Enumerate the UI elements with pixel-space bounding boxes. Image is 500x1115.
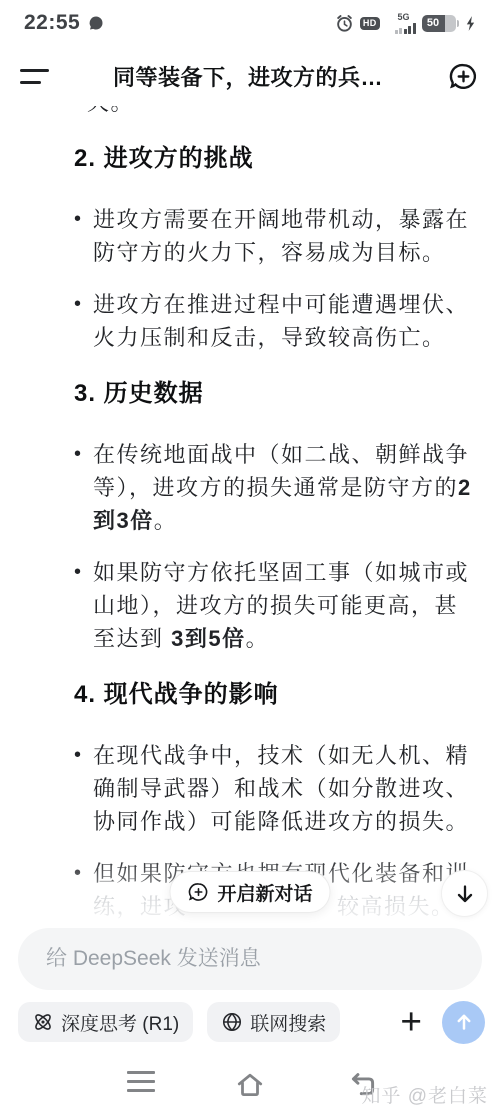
- chat-message-content: 天。 2. 进攻方的挑战•进攻方需要在开阔地带机动，暴露在防守方的火力下，容易成…: [0, 106, 500, 925]
- android-nav-bar: 知乎 @老白菜: [0, 1057, 500, 1115]
- attach-plus-button[interactable]: +: [400, 1002, 422, 1042]
- bullet-dot: •: [74, 739, 93, 838]
- arrow-up-icon: [452, 1010, 476, 1034]
- bullet-text: 在现代战争中，技术（如无人机、精确制导武器）和战术（如分散进攻、协同作战）可能降…: [93, 739, 478, 838]
- composer-toolbar: 深度思考 (R1) 联网搜索 +: [18, 1001, 485, 1043]
- deepseek-mobile-app: 22:55 HD 5G 50: [0, 0, 500, 1115]
- scroll-to-bottom-button[interactable]: [441, 870, 488, 917]
- new-chat-bubble-plus-icon: [448, 61, 479, 92]
- conversation-title: 同等装备下，进攻方的兵…: [50, 61, 446, 92]
- new-chat-button[interactable]: [446, 59, 480, 93]
- bullet-dot: •: [74, 438, 93, 537]
- atom-icon: [32, 1011, 54, 1033]
- bullet-item: •在现代战争中，技术（如无人机、精确制导武器）和战术（如分散进攻、协同作战）可能…: [74, 739, 478, 838]
- send-button[interactable]: [442, 1001, 485, 1044]
- nav-recents-button[interactable]: [127, 1071, 155, 1092]
- clipped-text-line: 天。: [87, 106, 478, 119]
- section-heading: 4. 现代战争的影响: [74, 680, 478, 710]
- zhihu-watermark: 知乎 @老白菜: [361, 1081, 488, 1108]
- arrow-down-icon: [453, 882, 477, 906]
- bullet-text: 在传统地面战中（如二战、朝鲜战争等），进攻方的损失通常是防守方的2到3倍。: [93, 438, 478, 537]
- bullet-dot: •: [74, 857, 93, 923]
- bullet-text: 进攻方需要在开阔地带机动，暴露在防守方的火力下，容易成为目标。: [93, 203, 478, 269]
- app-header: 同等装备下，进攻方的兵…: [0, 46, 500, 106]
- status-bar: 22:55 HD 5G 50: [0, 0, 500, 46]
- bullet-item: •进攻方在推进过程中可能遭遇埋伏、火力压制和反击，导致较高伤亡。: [74, 288, 478, 354]
- bullet-item: •在传统地面战中（如二战、朝鲜战争等），进攻方的损失通常是防守方的2到3倍。: [74, 438, 478, 537]
- start-new-chat-pill-button[interactable]: 开启新对话: [169, 871, 330, 913]
- markdown-sections: 2. 进攻方的挑战•进攻方需要在开阔地带机动，暴露在防守方的火力下，容易成为目标…: [74, 144, 478, 838]
- status-left: 22:55: [24, 11, 104, 35]
- section-heading: 2. 进攻方的挑战: [74, 144, 478, 174]
- clock-time: 22:55: [24, 11, 80, 35]
- message-bubble-icon: [88, 15, 104, 31]
- bullet-text: 如果防守方依托坚固工事（如城市或山地），进攻方的损失可能更高，甚至达到 3到5倍…: [93, 556, 478, 655]
- web-search-toggle[interactable]: 联网搜索: [207, 1002, 340, 1042]
- bullet-dot: •: [74, 203, 93, 269]
- battery-percent: 50: [422, 15, 445, 32]
- message-input[interactable]: [18, 928, 482, 990]
- bullet-text: 进攻方在推进过程中可能遭遇埋伏、火力压制和反击，导致较高伤亡。: [93, 288, 478, 354]
- status-right: HD 5G 50: [335, 13, 476, 34]
- nav-home-button[interactable]: [235, 1071, 265, 1099]
- bullet-item: •如果防守方依托坚固工事（如城市或山地），进攻方的损失可能更高，甚至达到 3到5…: [74, 556, 478, 655]
- bullet-dot: •: [74, 556, 93, 655]
- globe-icon: [221, 1011, 243, 1033]
- chat-plus-icon: [187, 881, 209, 903]
- battery-icon: 50: [422, 15, 460, 32]
- bullet-item: •进攻方需要在开阔地带机动，暴露在防守方的火力下，容易成为目标。: [74, 203, 478, 269]
- charging-bolt-icon: [465, 15, 476, 32]
- signal-5g-icon: 5G: [386, 13, 416, 34]
- section-heading: 3. 历史数据: [74, 379, 478, 409]
- sidebar-menu-icon[interactable]: [20, 69, 50, 84]
- hd-volte-icon: HD: [360, 17, 380, 30]
- alarm-clock-icon: [335, 14, 354, 33]
- deep-think-toggle[interactable]: 深度思考 (R1): [18, 1002, 193, 1042]
- bullet-dot: •: [74, 288, 93, 354]
